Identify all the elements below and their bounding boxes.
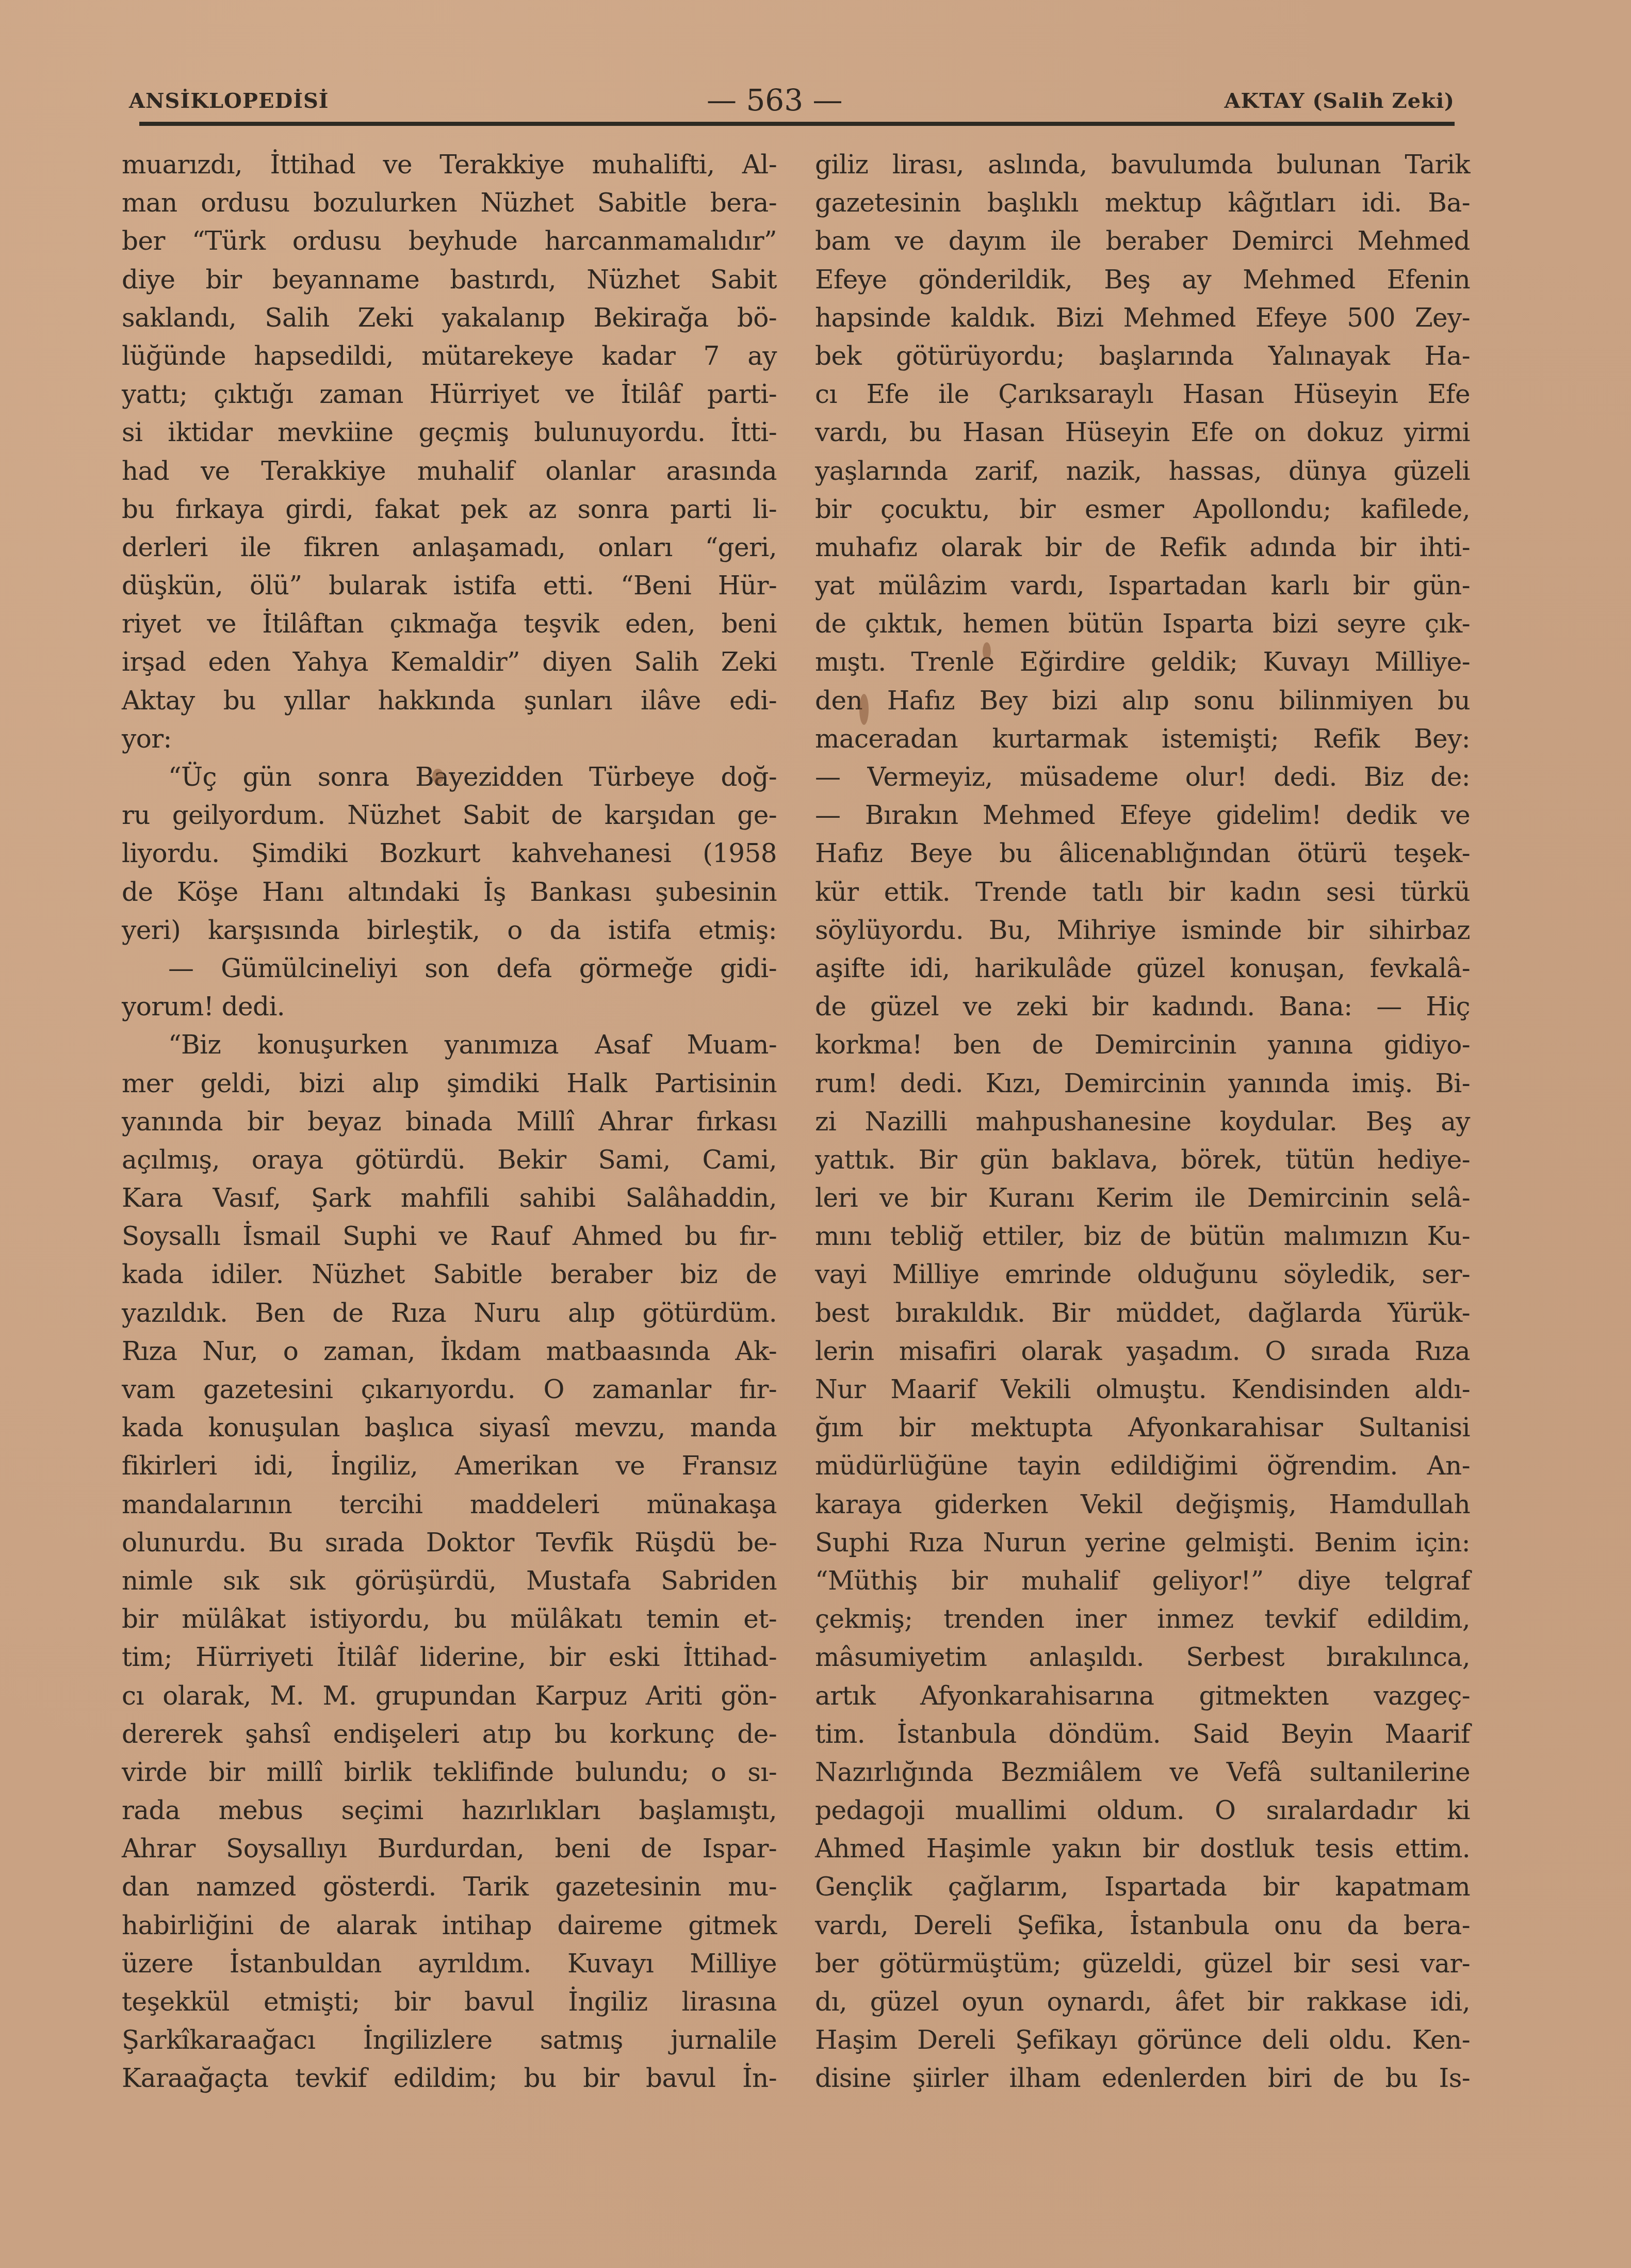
text-line: liyordu. Şimdiki Bozkurt kahvehanesi (19…: [122, 834, 777, 872]
text-line: habirliğini de alarak intihap daireme gi…: [122, 1906, 777, 1945]
text-line: vam gazetesini çıkarıyordu. O zamanlar f…: [122, 1370, 777, 1408]
text-line: saklandı, Salih Zeki yakalanıp Bekirağa …: [122, 299, 777, 337]
text-line: maceradan kurtarmak istemişti; Refik Bey…: [815, 720, 1470, 758]
text-line: si iktidar mevkiine geçmiş bulunuyordu. …: [122, 413, 777, 451]
text-line: zi Nazilli mahpushanesine koydular. Beş …: [815, 1103, 1470, 1141]
left-text-column: muarızdı, İttihad ve Terakkiye muhalifti…: [122, 145, 777, 2098]
text-line: yorum! dedi.: [122, 987, 777, 1026]
text-line: olunurdu. Bu sırada Doktor Tevfik Rüşdü …: [122, 1524, 777, 1562]
text-line: yor:: [122, 720, 777, 758]
text-line: bam ve dayım ile beraber Demirci Mehmed: [815, 222, 1470, 260]
text-line: fikirleri idi, İngiliz, Amerikan ve Fran…: [122, 1447, 777, 1485]
text-line: muhafız olarak bir de Refik adında bir i…: [815, 528, 1470, 566]
text-line: Nazırlığında Bezmiâlem ve Vefâ sultanile…: [815, 1753, 1470, 1791]
text-line: mâsumiyetim anlaşıldı. Serbest bırakılın…: [815, 1638, 1470, 1676]
text-line: de güzel ve zeki bir kadındı. Bana: — Hi…: [815, 987, 1470, 1026]
text-line: karaya giderken Vekil değişmiş, Hamdulla…: [815, 1485, 1470, 1524]
text-line: bu fırkaya girdi, fakat pek az sonra par…: [122, 490, 777, 528]
text-line: çekmiş; trenden iner inmez tevkif edildi…: [815, 1600, 1470, 1638]
text-line: Şarkîkaraağacı İngilizlere satmış jurnal…: [122, 2021, 777, 2059]
text-line: mer geldi, bizi alıp şimdiki Halk Partis…: [122, 1064, 777, 1103]
text-line: müdürlüğüne tayin edildiğimi öğrendim. A…: [815, 1447, 1470, 1485]
text-line: — Gümülcineliyi son defa görmeğe gidi-: [122, 949, 777, 987]
text-line: derleri ile fikren anlaşamadı, onları “g…: [122, 528, 777, 566]
text-line: ğım bir mektupta Afyonkarahisar Sultanis…: [815, 1408, 1470, 1447]
text-line: leri ve bir Kuranı Kerim ile Demircinin …: [815, 1179, 1470, 1217]
text-line: “Müthiş bir muhalif geliyor!” diye telgr…: [815, 1562, 1470, 1600]
text-line: “Biz konuşurken yanımıza Asaf Muam-: [122, 1026, 777, 1064]
document-page: ANSİKLOPEDİSİ — 563 — AKTAY (Salih Zeki)…: [0, 0, 1631, 2268]
text-line: — Bırakın Mehmed Efeye gidelim! dedik ve: [815, 796, 1470, 834]
text-line: hapsinde kaldık. Bizi Mehmed Efeye 500 Z…: [815, 299, 1470, 337]
text-line: Hafız Beye bu âlicenablığından ötürü teş…: [815, 834, 1470, 872]
paper-stain: [859, 694, 869, 725]
text-line: Efeye gönderildik, Beş ay Mehmed Efenin: [815, 261, 1470, 299]
text-line: virde bir millî birlik teklifinde bulund…: [122, 1753, 777, 1791]
text-line: gazetesinin başlıklı mektup kâğıtları id…: [815, 184, 1470, 222]
text-line: bek götürüyordu; başlarında Yalınayak Ha…: [815, 337, 1470, 375]
text-line: irşad eden Yahya Kemaldir” diyen Salih Z…: [122, 643, 777, 681]
text-line: cı Efe ile Çarıksaraylı Hasan Hüseyin Ef…: [815, 375, 1470, 413]
text-line: kada konuşulan başlıca siyasî mevzu, man…: [122, 1408, 777, 1447]
text-line: cı olarak, M. M. grupundan Karpuz Ariti …: [122, 1677, 777, 1715]
text-line: “Üç gün sonra Bayezidden Türbeye doğ-: [122, 758, 777, 796]
header-left-title: ANSİKLOPEDİSİ: [129, 89, 329, 113]
text-line: yeri) karşısında birleştik, o da istifa …: [122, 911, 777, 949]
text-line: dererek şahsî endişeleri atıp bu korkunç…: [122, 1715, 777, 1753]
text-line: bir çocuktu, bir esmer Apollondu; kafile…: [815, 490, 1470, 528]
text-line: Haşim Dereli Şefikayı görünce deli oldu.…: [815, 2021, 1470, 2059]
text-line: ru geilyordum. Nüzhet Sabit de karşıdan …: [122, 796, 777, 834]
text-line: giliz lirası, aslında, bavulumda bulunan…: [815, 145, 1470, 184]
text-line: disine şiirler ilham edenlerden biri de …: [815, 2059, 1470, 2097]
text-line: rum! dedi. Kızı, Demircinin yanında imiş…: [815, 1064, 1470, 1103]
text-line: yattık. Bir gün baklava, börek, tütün he…: [815, 1141, 1470, 1179]
text-line: Karaağaçta tevkif edildim; bu bir bavul …: [122, 2059, 777, 2097]
text-line: man ordusu bozulurken Nüzhet Sabitle ber…: [122, 184, 777, 222]
text-line: vardı, Dereli Şefika, İstanbula onu da b…: [815, 1906, 1470, 1945]
text-line: dan namzed gösterdi. Tarik gazetesinin m…: [122, 1868, 777, 1906]
text-line: Ahmed Haşimle yakın bir dostluk tesis et…: [815, 1829, 1470, 1868]
text-line: de Köşe Hanı altındaki İş Bankası şubesi…: [122, 873, 777, 911]
text-line: korkma! ben de Demircinin yanına gidiyo-: [815, 1026, 1470, 1064]
text-line: Kara Vasıf, Şark mahfili sahibi Salâhadd…: [122, 1179, 777, 1217]
text-line: tim; Hürriyeti İtilâf liderine, bir eski…: [122, 1638, 777, 1676]
text-line: Soysallı İsmail Suphi ve Rauf Ahmed bu f…: [122, 1217, 777, 1255]
text-line: Suphi Rıza Nurun yerine gelmişti. Benim …: [815, 1524, 1470, 1562]
text-line: mıştı. Trenle Eğirdire geldik; Kuvayı Mi…: [815, 643, 1470, 681]
text-line: lüğünde hapsedildi, mütarekeye kadar 7 a…: [122, 337, 777, 375]
text-line: pedagoji muallimi oldum. O sıralardadır …: [815, 1791, 1470, 1829]
text-line: dı, güzel oyun oynardı, âfet bir rakkase…: [815, 1983, 1470, 2021]
text-line: artık Afyonkarahisarına gitmekten vazgeç…: [815, 1677, 1470, 1715]
text-line: tim. İstanbula döndüm. Said Beyin Maarif: [815, 1715, 1470, 1753]
running-head: ANSİKLOPEDİSİ — 563 — AKTAY (Salih Zeki): [129, 83, 1455, 119]
text-line: mını tebliğ ettiler, biz de bütün malımı…: [815, 1217, 1470, 1255]
text-line: nimle sık sık görüşürdü, Mustafa Sabride…: [122, 1562, 777, 1600]
text-line: ber “Türk ordusu beyhude harcanmamalıdır…: [122, 222, 777, 260]
text-line: kada idiler. Nüzhet Sabitle beraber biz …: [122, 1255, 777, 1293]
paper-stain: [432, 769, 444, 784]
text-line: Ahrar Soysallıyı Burdurdan, beni de Ispa…: [122, 1829, 777, 1868]
text-line: had ve Terakkiye muhalif olanlar arasınd…: [122, 452, 777, 490]
header-right-title: AKTAY (Salih Zeki): [1224, 89, 1455, 113]
text-line: muarızdı, İttihad ve Terakkiye muhalifti…: [122, 145, 777, 184]
text-line: de çıktık, hemen bütün Isparta bizi seyr…: [815, 605, 1470, 643]
text-line: lerin misafiri olarak yaşadım. O sırada …: [815, 1332, 1470, 1370]
text-line: yat mülâzim vardı, Ispartadan karlı bir …: [815, 566, 1470, 605]
text-line: — Vermeyiz, müsademe olur! dedi. Biz de:: [815, 758, 1470, 796]
text-line: düşkün, ölü” bularak istifa etti. “Beni …: [122, 566, 777, 605]
text-line: teşekkül etmişti; bir bavul İngiliz lira…: [122, 1983, 777, 2021]
text-line: vayi Milliye emrinde olduğunu söyledik, …: [815, 1255, 1470, 1293]
text-line: Gençlik çağlarım, Ispartada bir kapatmam: [815, 1868, 1470, 1906]
text-line: Rıza Nur, o zaman, İkdam matbaasında Ak-: [122, 1332, 777, 1370]
paper-stain: [983, 642, 991, 660]
page-number: — 563 —: [707, 83, 843, 118]
text-line: açılmış, oraya götürdü. Bekir Sami, Cami…: [122, 1141, 777, 1179]
text-line: mandalarının tercihi maddeleri münakaşa: [122, 1485, 777, 1524]
text-line: yaşlarında zarif, nazik, hassas, dünya g…: [815, 452, 1470, 490]
text-line: yattı; çıktığı zaman Hürriyet ve İtilâf …: [122, 375, 777, 413]
text-line: Aktay bu yıllar hakkında şunları ilâve e…: [122, 682, 777, 720]
text-line: üzere İstanbuldan ayrıldım. Kuvayı Milli…: [122, 1945, 777, 1983]
text-line: yazıldık. Ben de Rıza Nuru alıp götürdüm…: [122, 1294, 777, 1332]
text-line: diye bir beyanname bastırdı, Nüzhet Sabi…: [122, 261, 777, 299]
text-line: kür ettik. Trende tatlı bir kadın sesi t…: [815, 873, 1470, 911]
text-line: vardı, bu Hasan Hüseyin Efe on dokuz yir…: [815, 413, 1470, 451]
text-line: bir mülâkat istiyordu, bu mülâkatı temin…: [122, 1600, 777, 1638]
text-line: den Hafız Bey bizi alıp sonu bilinmiyen …: [815, 682, 1470, 720]
header-rule: [139, 122, 1455, 126]
text-line: rada mebus seçimi hazırlıkları başlamışt…: [122, 1791, 777, 1829]
text-line: riyet ve İtilâftan çıkmağa teşvik eden, …: [122, 605, 777, 643]
right-text-column: giliz lirası, aslında, bavulumda bulunan…: [815, 145, 1470, 2098]
text-line: söylüyordu. Bu, Mihriye isminde bir sihi…: [815, 911, 1470, 949]
text-line: best bırakıldık. Bir müddet, dağlarda Yü…: [815, 1294, 1470, 1332]
text-line: yanında bir beyaz binada Millî Ahrar fır…: [122, 1103, 777, 1141]
text-line: aşifte idi, harikulâde güzel konuşan, fe…: [815, 949, 1470, 987]
text-line: ber götürmüştüm; güzeldi, güzel bir sesi…: [815, 1945, 1470, 1983]
text-line: Nur Maarif Vekili olmuştu. Kendisinden a…: [815, 1370, 1470, 1408]
